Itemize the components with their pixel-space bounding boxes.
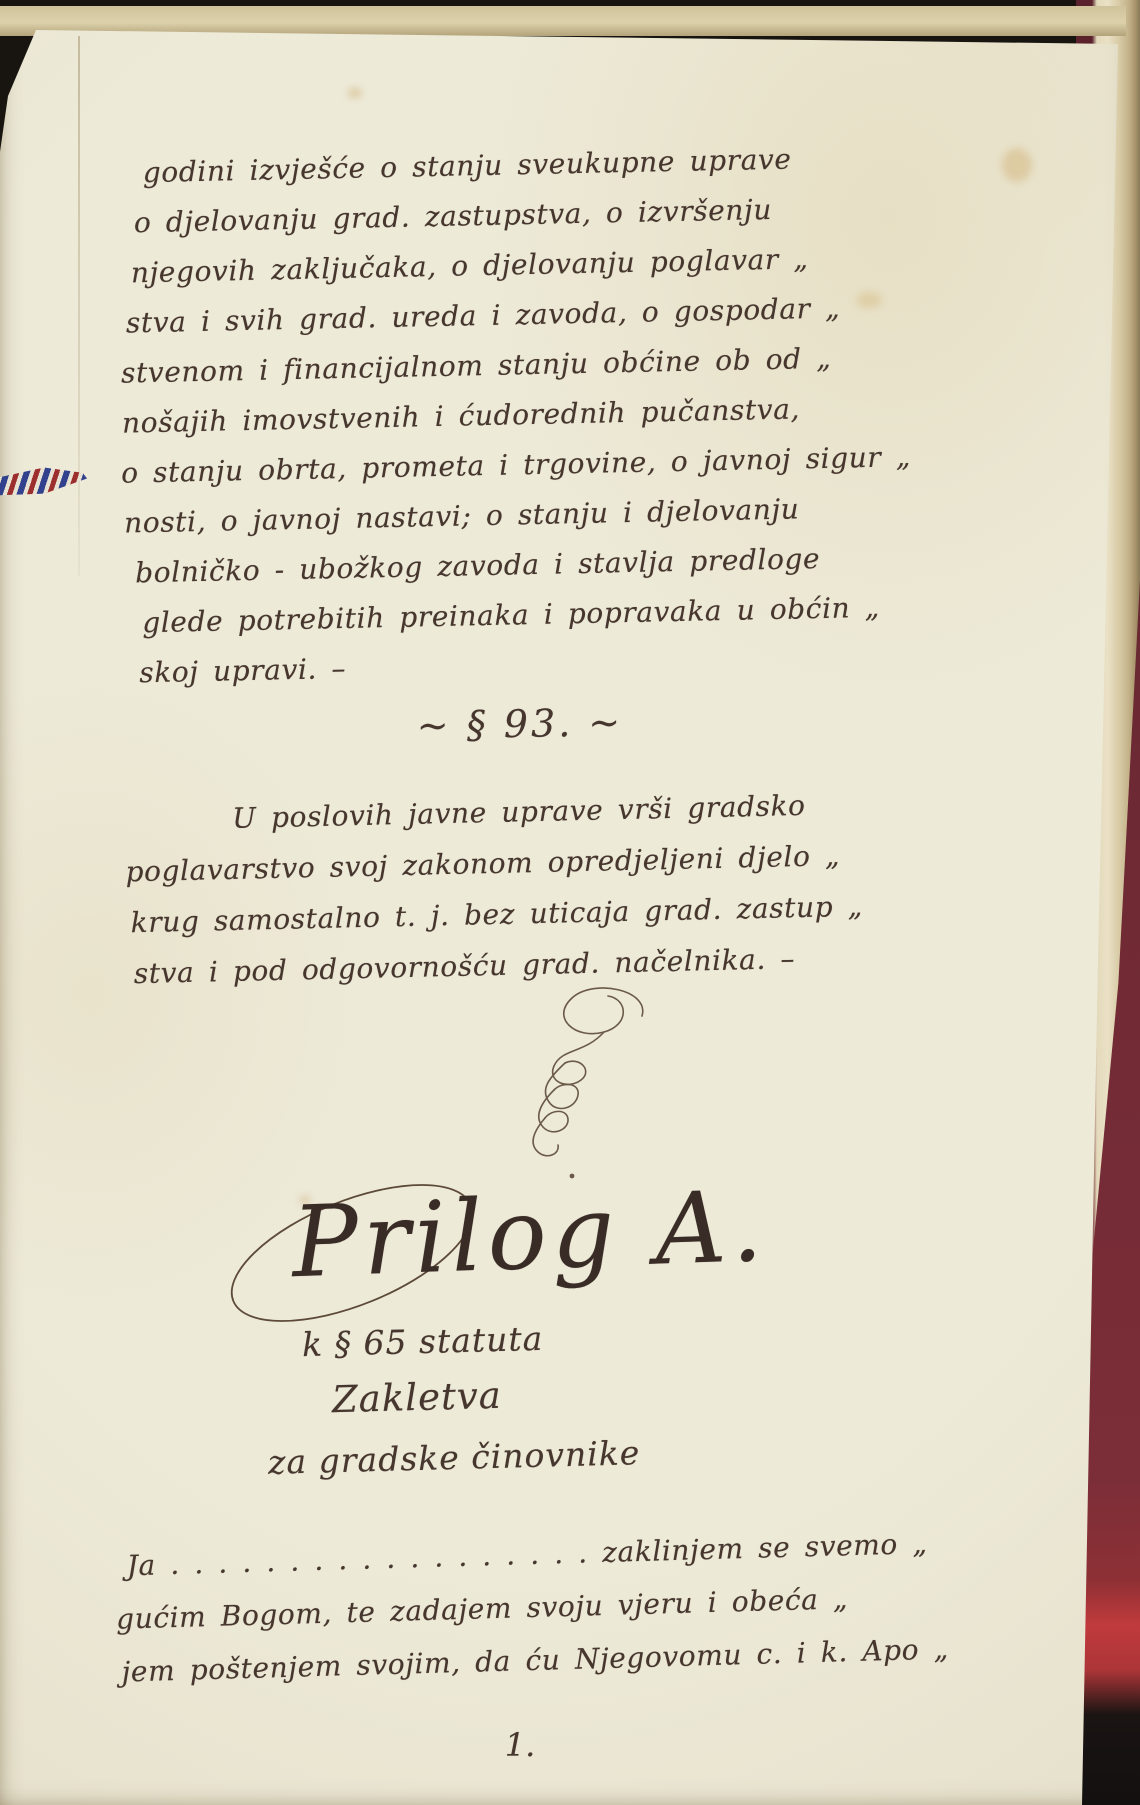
tricolor-binding-cord: [0, 462, 88, 499]
page-number: 1.: [0, 1726, 1040, 1764]
appendix-title: Prilog A.: [290, 1170, 769, 1301]
underlying-page-edge: [0, 6, 1126, 36]
flourish-ornament: [492, 982, 662, 1192]
manuscript-page: godini izvješće o stanju sveukupne uprav…: [0, 0, 1140, 1805]
appendix-oath-subject: za gradske činovnike: [268, 1433, 641, 1482]
appendix-oath-heading: Zakletva: [331, 1374, 502, 1421]
oath-text: Ja . . . . . . . . . . . . . . . . . . z…: [114, 1516, 948, 1698]
photograph-of-manuscript: godini izvješće o stanju sveukupne uprav…: [0, 0, 1140, 1805]
appendix-statute-reference: k § 65 statuta: [302, 1319, 544, 1364]
paragraph-continuation: godini izvješće o stanju sveukupne uprav…: [116, 131, 947, 698]
paragraph-93-text: U poslovih javne uprave vrši gradsko pog…: [120, 777, 954, 1000]
paper-fold-line: [78, 36, 80, 576]
section-heading-paragraph-93: ~ § 93. ~: [0, 693, 1040, 755]
paper-stain: [1002, 148, 1032, 182]
paper-stain: [348, 88, 362, 98]
